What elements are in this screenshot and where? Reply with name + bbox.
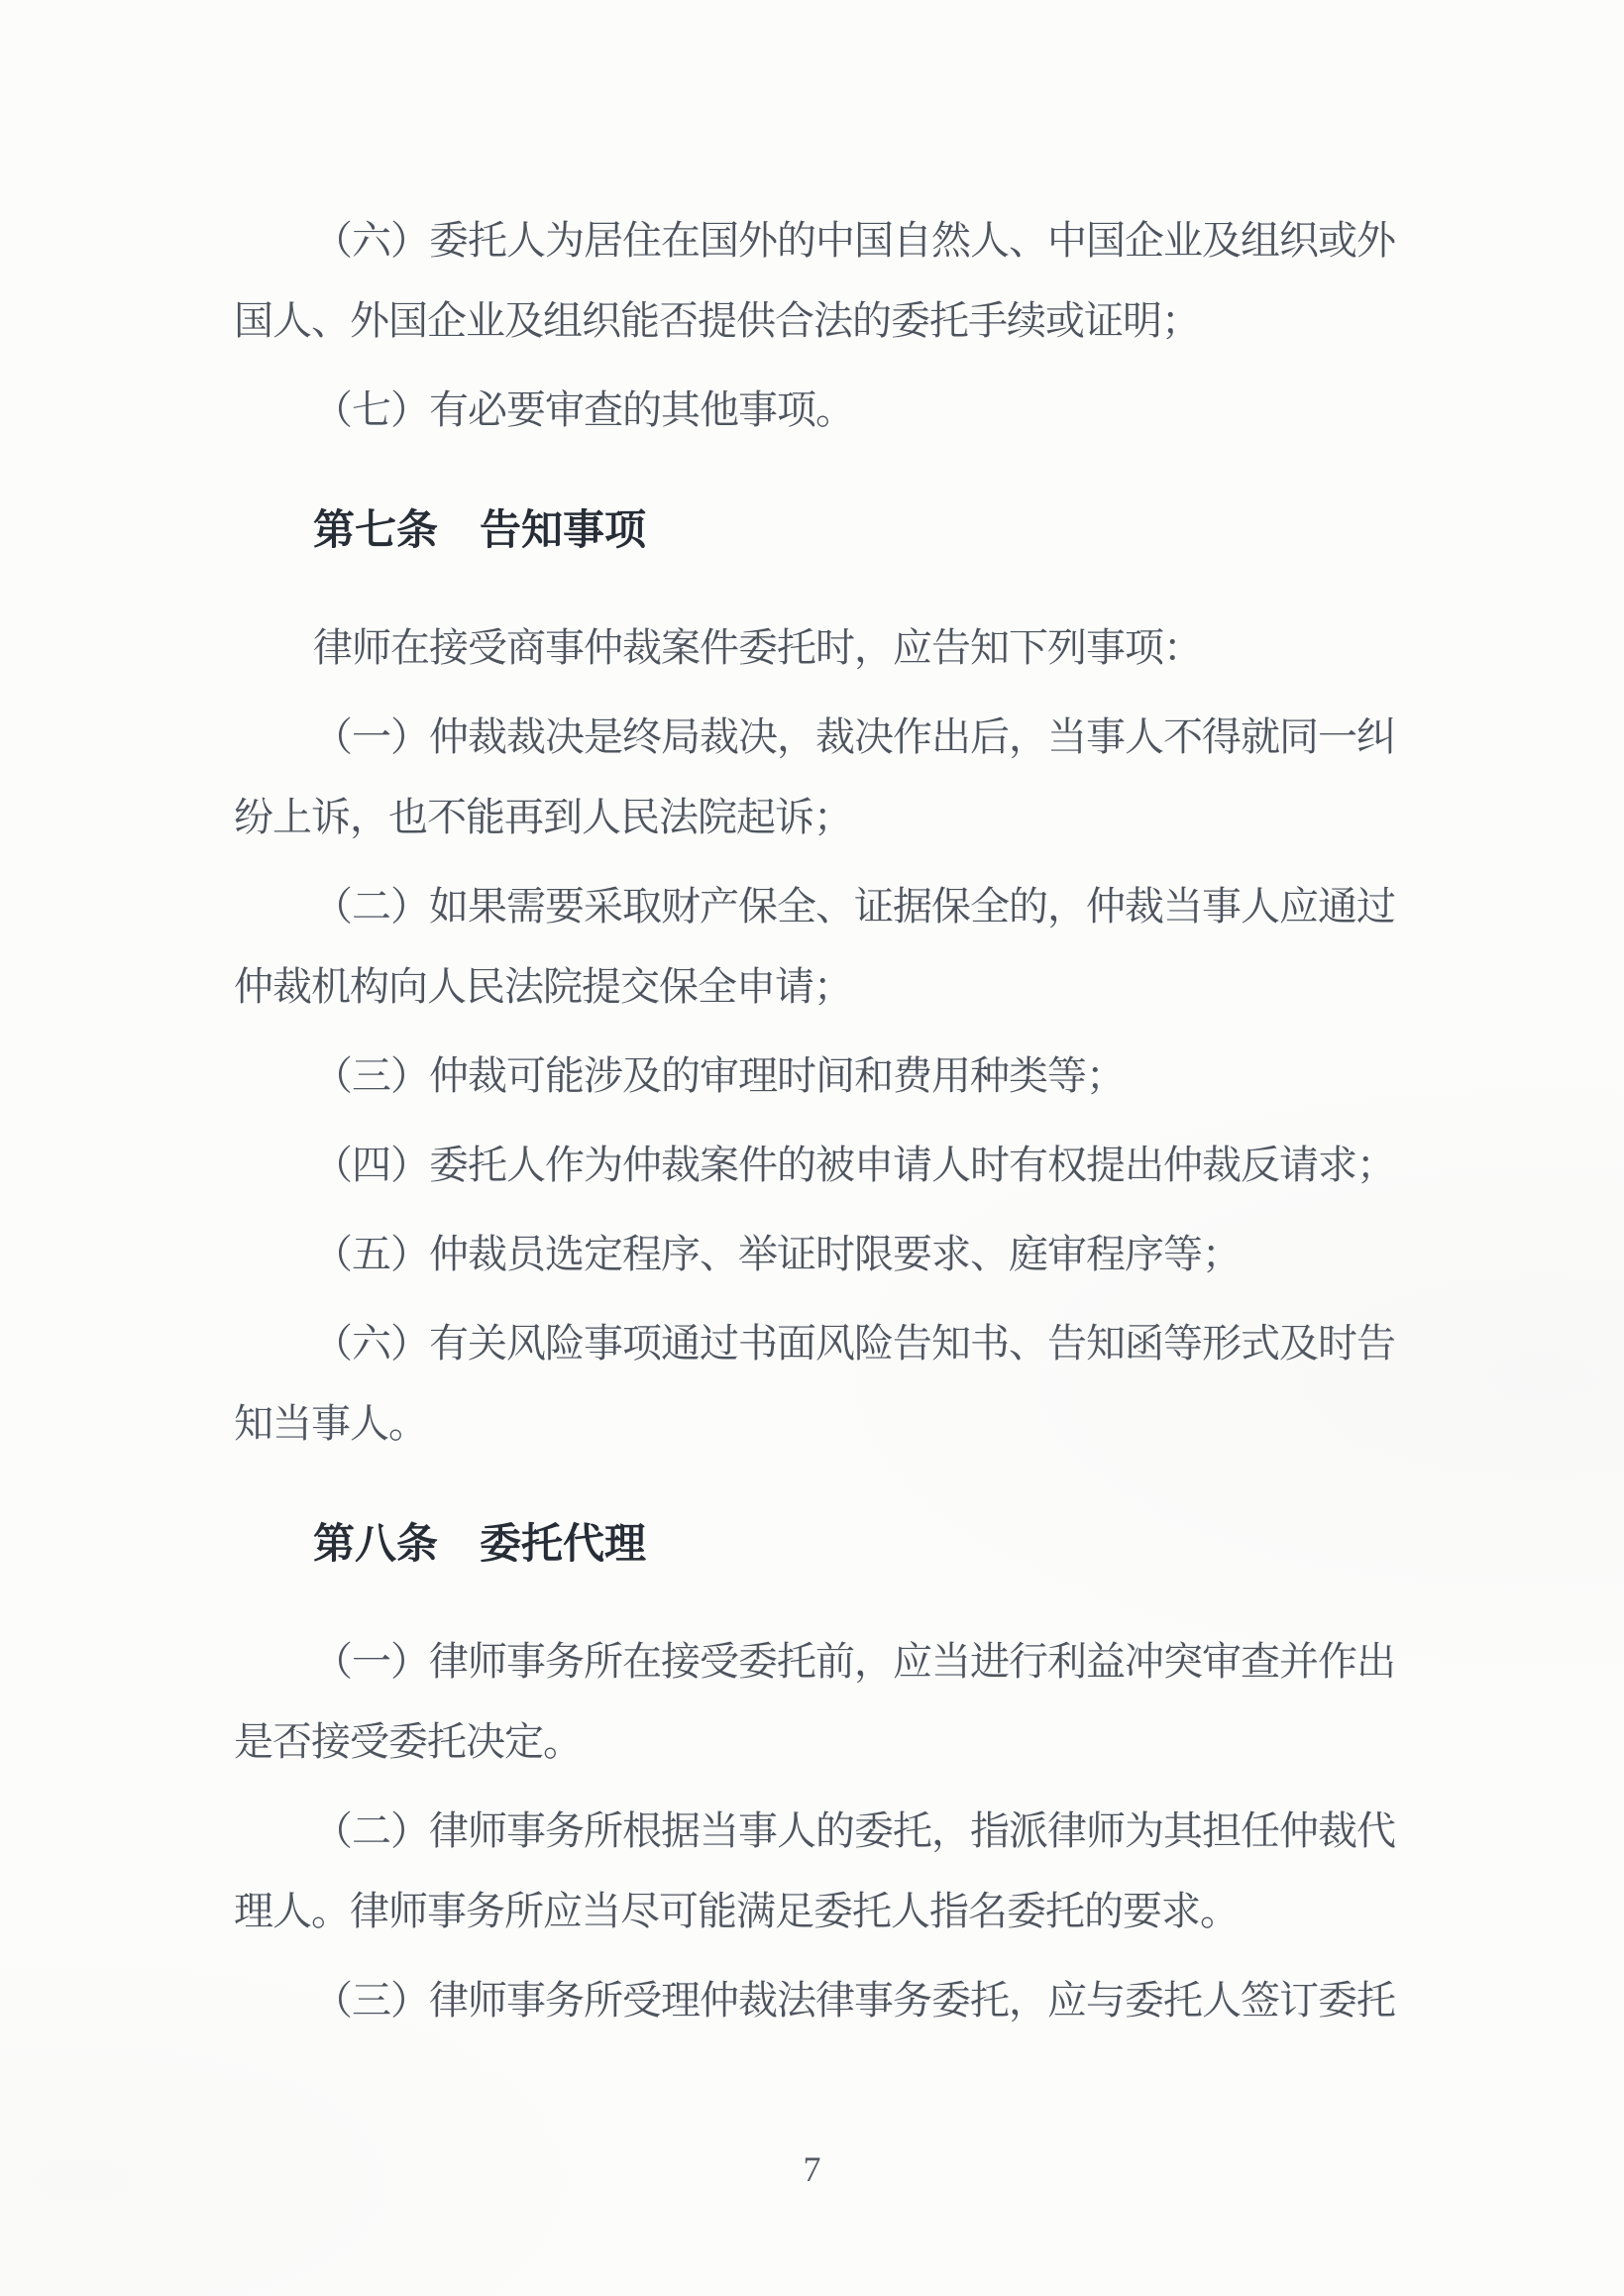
document-page: （六）委托人为居住在国外的中国自然人、中国企业及组织或外 国人、外国企业及组织能… [0, 0, 1624, 2296]
article-7-item-3: （三）仲裁可能涉及的审理时间和费用种类等； [234, 1036, 1436, 1116]
article-7-item-5: （五）仲裁员选定程序、举证时限要求、庭审程序等； [234, 1214, 1436, 1294]
article-7-item-1: （一）仲裁裁决是终局裁决，裁决作出后，当事人不得就同一纠 纷上诉，也不能再到人民… [234, 697, 1436, 857]
article-7-item-4: （四）委托人作为仲裁案件的被申请人时有权提出仲裁反请求； [234, 1125, 1436, 1205]
article-8-heading: 第八条 委托代理 [234, 1503, 1436, 1584]
clause-item-7: （七）有必要审查的其他事项。 [234, 370, 1436, 450]
page-number: 7 [0, 2147, 1624, 2191]
document-body: （六）委托人为居住在国外的中国自然人、中国企业及组织或外 国人、外国企业及组织能… [234, 200, 1436, 2049]
article-7-item-6: （六）有关风险事项通过书面风险告知书、告知函等形式及时告 知当事人。 [234, 1303, 1436, 1464]
article-8-item-1: （一）律师事务所在接受委托前，应当进行利益冲突审查并作出 是否接受委托决定。 [234, 1621, 1436, 1782]
article-7-heading: 第七条 告知事项 [234, 490, 1436, 570]
clause-item-6: （六）委托人为居住在国外的中国自然人、中国企业及组织或外 国人、外国企业及组织能… [234, 200, 1436, 361]
article-8-item-3: （三）律师事务所受理仲裁法律事务委托，应与委托人签订委托 [234, 1960, 1436, 2040]
article-8-item-2: （二）律师事务所根据当事人的委托，指派律师为其担任仲裁代 理人。律师事务所应当尽… [234, 1791, 1436, 1951]
article-7-item-2: （二）如果需要采取财产保全、证据保全的，仲裁当事人应通过 仲裁机构向人民法院提交… [234, 866, 1436, 1027]
article-7-intro: 律师在接受商事仲裁案件委托时，应告知下列事项： [234, 607, 1436, 688]
